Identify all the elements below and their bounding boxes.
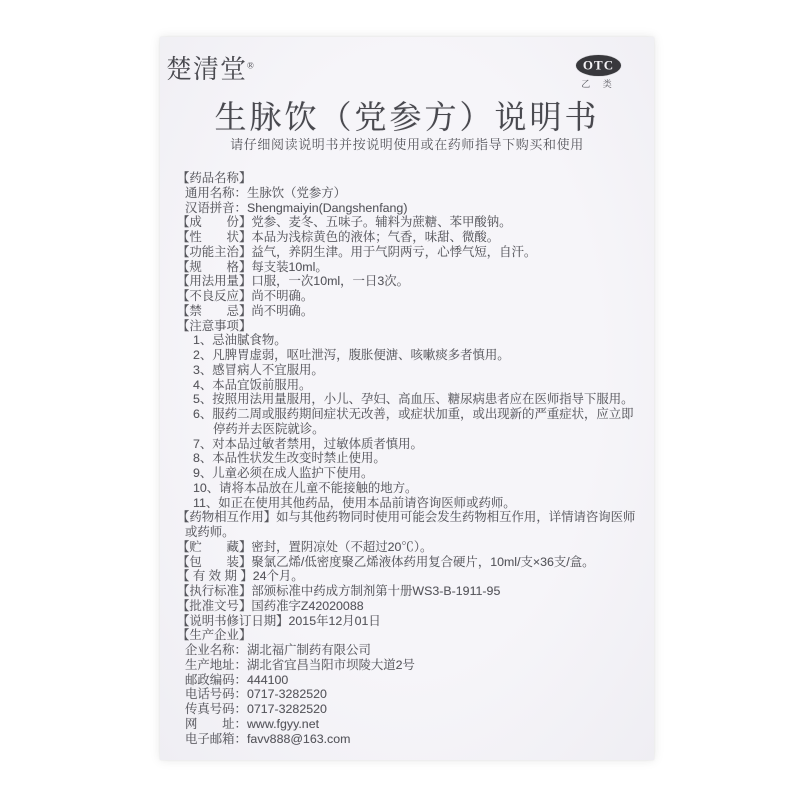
body-line: 邮政编码：444100 <box>160 673 654 688</box>
body-line: 停药并去医院就诊。 <box>160 422 654 437</box>
body-line: 7、对本品过敏者禁用，过敏体质者慎用。 <box>160 437 654 452</box>
page-subtitle: 请仔细阅读说明书并按说明使用或在药师指导下购买和使用 <box>160 134 654 153</box>
body-line: 【药品名称】 <box>160 171 654 186</box>
body-line: 【性 状】本品为浅棕黄色的液体；气香，味甜、微酸。 <box>160 230 654 245</box>
body-line: 【执行标准】部颁标准中药成方制剂第十册WS3-B-1911-95 <box>160 584 654 599</box>
body-line: 【用法用量】口服，一次10ml，一日3次。 <box>160 274 654 289</box>
body-line: 2、凡脾胃虚弱，呕吐泄泻，腹胀便溏、咳嗽痰多者慎用。 <box>160 348 654 363</box>
page-background: 楚清堂® OTC 乙 类 生脉饮（党参方）说明书 请仔细阅读说明书并按说明使用或… <box>0 0 800 800</box>
body-line: 1、忌油腻食物。 <box>160 333 654 348</box>
otc-label: OTC <box>583 57 614 73</box>
body-line: 【批准文号】国药准字Z42020088 <box>160 599 654 614</box>
body-line: 或药师。 <box>160 525 654 540</box>
body-line: 【 有 效 期 】24个月。 <box>160 569 654 584</box>
body-line: 【不良反应】尚不明确。 <box>160 289 654 304</box>
body-line: 【功能主治】益气，养阴生津。用于气阴两亏，心悸气短，自汗。 <box>160 245 654 260</box>
brand-logo: 楚清堂® <box>166 49 254 86</box>
registered-trademark-icon: ® <box>247 60 254 70</box>
body-line: 8、本品性状发生改变时禁止使用。 <box>160 451 654 466</box>
body-line: 【包 装】聚氯乙烯/低密度聚乙烯液体药用复合硬片，10ml/支×36支/盒。 <box>160 555 654 570</box>
body-line: 4、本品宜饭前服用。 <box>160 378 654 393</box>
body-line: 通用名称：生脉饮（党参方） <box>160 186 654 201</box>
body-line: 6、服药二周或服药期间症状无改善，或症状加重，或出现新的严重症状，应立即 <box>160 407 654 422</box>
otc-badge: OTC <box>576 55 621 76</box>
body-line: 电话号码：0717-3282520 <box>160 687 654 702</box>
body-line: 【注意事项】 <box>160 319 654 334</box>
body-line: 汉语拼音：Shengmaiyin(Dangshenfang) <box>160 201 654 216</box>
body-line: 【禁 忌】尚不明确。 <box>160 304 654 319</box>
body-line: 【生产企业】 <box>160 628 654 643</box>
body-line: 3、感冒病人不宜服用。 <box>160 363 654 378</box>
body-line: 企业名称：湖北福广制药有限公司 <box>160 643 654 658</box>
body-line: 9、儿童必须在成人监护下使用。 <box>160 466 654 481</box>
body-line: 传真号码：0717-3282520 <box>160 702 654 717</box>
body-line: 【规 格】每支装10ml。 <box>160 260 654 275</box>
body-line: 11、如正在使用其他药品，使用本品前请咨询医师或药师。 <box>160 496 654 511</box>
body-line: 5、按照用法用量服用，小儿、孕妇、高血压、糖尿病患者应在医师指导下服用。 <box>160 392 654 407</box>
body-line: 【成 份】党参、麦冬、五味子。辅料为蔗糖、苯甲酸钠。 <box>160 215 654 230</box>
body-line: 生产地址：湖北省宜昌当阳市坝陵大道2号 <box>160 658 654 673</box>
page-title: 生脉饮（党参方）说明书 <box>160 92 654 138</box>
body-line: 网 址：www.fgyy.net <box>160 717 654 732</box>
body-line: 【说明书修订日期】2015年12月01日 <box>160 614 654 629</box>
leaflet-body: 【药品名称】通用名称：生脉饮（党参方）汉语拼音：Shengmaiyin(Dang… <box>160 171 654 746</box>
otc-class-label: 乙 类 <box>564 77 634 90</box>
body-line: 电子邮箱：favv888@163.com <box>160 732 654 747</box>
body-line: 10、请将本品放在儿童不能接触的地方。 <box>160 481 654 496</box>
leaflet-paper: 楚清堂® OTC 乙 类 生脉饮（党参方）说明书 请仔细阅读说明书并按说明使用或… <box>160 37 654 760</box>
body-line: 【贮 藏】密封，置阴凉处（不超过20℃）。 <box>160 540 654 555</box>
brand-name: 楚清堂 <box>166 55 247 84</box>
body-line: 【药物相互作用】如与其他药物同时使用可能会发生药物相互作用，详情请咨询医师 <box>160 510 654 525</box>
